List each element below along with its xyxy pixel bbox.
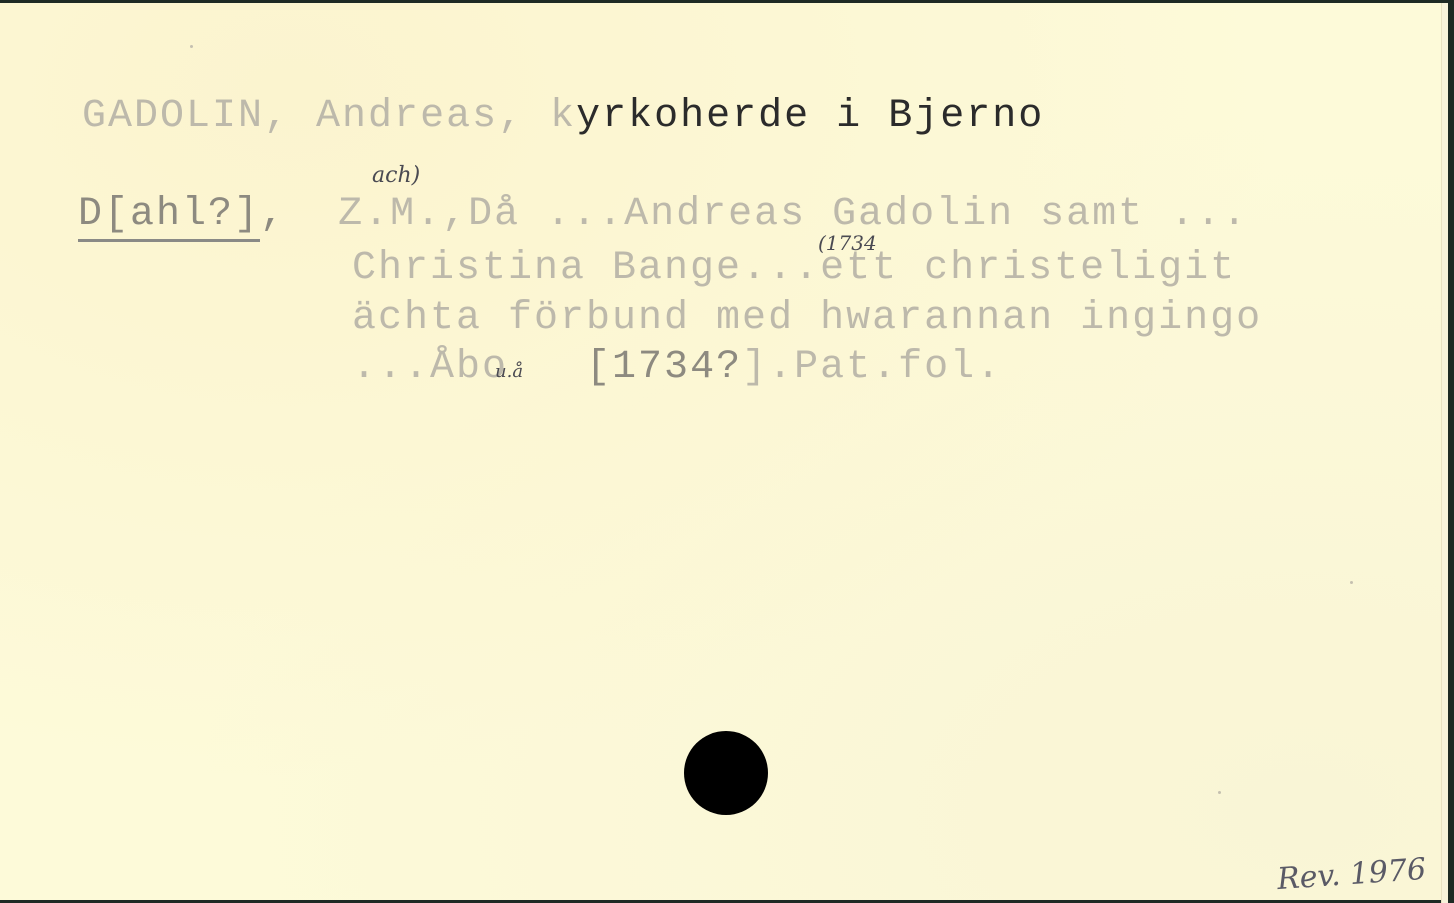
format-note: ].Pat.fol. (742, 345, 1002, 390)
author-suffix: , (260, 192, 286, 237)
title: yrkoherde (576, 94, 810, 139)
author: D[ahl?] (78, 192, 260, 242)
paper-speck (190, 45, 193, 48)
paper-speck (1218, 791, 1221, 794)
entry-line-2: Christina Bange...ett christeligit (352, 249, 1236, 289)
entry-line-3: ächta förbund med hwarannan ingingo (352, 299, 1262, 339)
preposition: i (836, 94, 862, 139)
uncertain-mark: ? (716, 345, 742, 390)
title-prefix: k (550, 94, 576, 139)
entry-line-1: D[ahl?], Z.M.,Då ...Andreas Gadolin samt… (78, 195, 1248, 235)
entry-line-4: ...Åbo [1734?].Pat.fol. (352, 348, 1002, 388)
punch-hole (684, 731, 768, 815)
revision-note: Rev. 1976 (1276, 852, 1427, 897)
paper-speck (1350, 581, 1353, 584)
catalog-card: GADOLIN, Andreas, kyrkoherde i Bjerno ac… (0, 3, 1448, 900)
year-bracket: [1734 (586, 345, 716, 390)
handwritten-ua-note: u.å (495, 361, 523, 382)
handwritten-ach-note: ach) (372, 163, 420, 188)
card-edge (1441, 3, 1448, 900)
place: Bjerno (888, 94, 1044, 139)
entry-line-1-text: Z.M.,Då ...Andreas Gadolin samt ... (338, 192, 1248, 237)
surname: GADOLIN, (82, 94, 290, 139)
place-abo: ...Åbo (352, 345, 508, 390)
card-header: GADOLIN, Andreas, kyrkoherde i Bjerno (82, 97, 1044, 137)
given-name: Andreas, (316, 94, 524, 139)
